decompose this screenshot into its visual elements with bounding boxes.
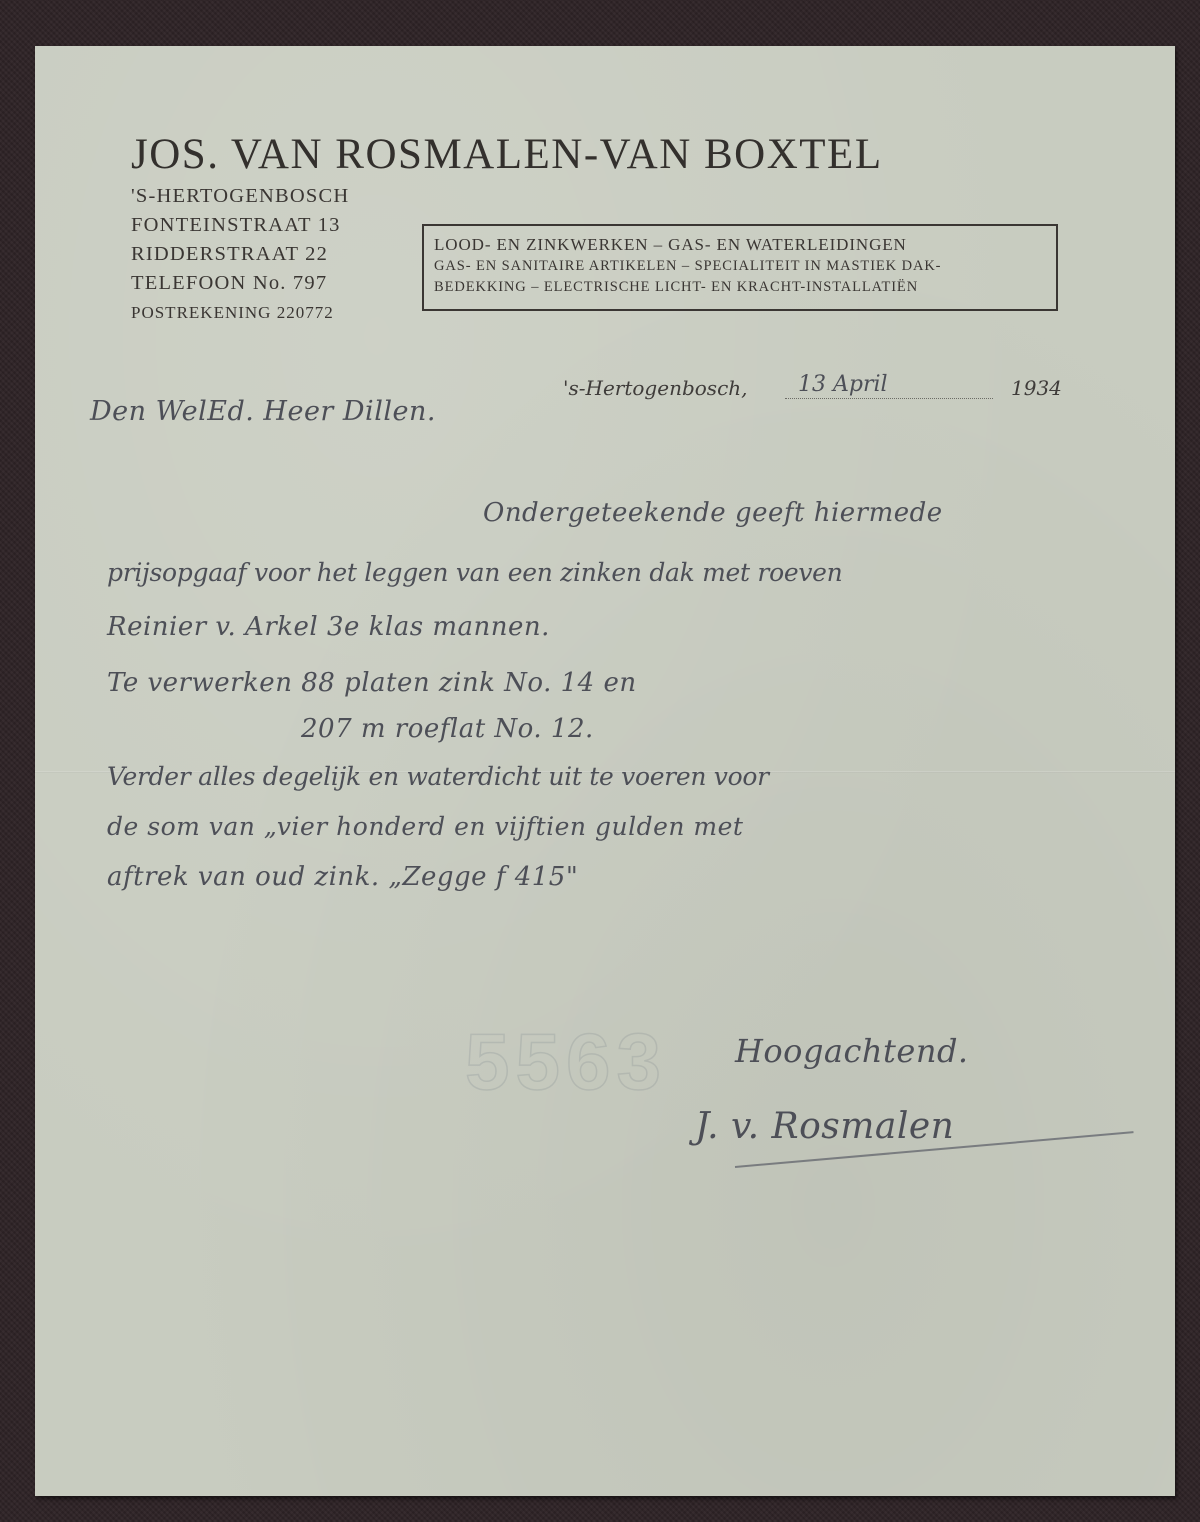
trade-line: GAS- EN SANITAIRE ARTIKELEN – SPECIALITE… — [434, 256, 1056, 277]
body-line: Reinier v. Arkel 3e klas mannen. — [107, 612, 550, 642]
address-line: POSTREKENING 220772 — [131, 298, 411, 327]
dateline: 's-Hertogenbosch, 13 April 1934 — [563, 372, 1093, 406]
body-line: Verder alles degelijk en waterdicht uit … — [107, 762, 769, 791]
body-line: Ondergeteekende geeft hiermede — [483, 498, 943, 528]
dateline-day-month: 13 April — [798, 372, 888, 397]
address-line: TELEFOON No. 797 — [131, 269, 411, 298]
trade-line: BEDEKKING – ELECTRISCHE LICHT- EN KRACHT… — [434, 277, 1056, 298]
letter-sheet: JOS. VAN ROSMALEN-VAN BOXTEL 'S-HERTOGEN… — [35, 46, 1175, 1496]
trade-line: LOOD- EN ZINKWERKEN – GAS- EN WATERLEIDI… — [434, 234, 1056, 256]
body-line: 207 m roeflat No. 12. — [301, 714, 594, 744]
body-line: Te verwerken 88 platen zink No. 14 en — [107, 668, 637, 698]
address-line: 'S-HERTOGENBOSCH — [131, 182, 411, 211]
dateline-place: 's-Hertogenbosch, — [563, 376, 748, 400]
salutation: Den WelEd. Heer Dillen. — [90, 396, 436, 427]
body-line: de som van „vier honderd en vijftien gul… — [107, 812, 743, 841]
closing: Hoogachtend. — [735, 1032, 969, 1070]
signature: J. v. Rosmalen — [695, 1106, 954, 1147]
company-address: 'S-HERTOGENBOSCH FONTEINSTRAAT 13 RIDDER… — [131, 182, 411, 327]
trade-services-box: LOOD- EN ZINKWERKEN – GAS- EN WATERLEIDI… — [422, 224, 1058, 311]
body-line: prijsopgaaf voor het leggen van een zink… — [107, 558, 842, 587]
address-line: RIDDERSTRAAT 22 — [131, 240, 411, 269]
company-name: JOS. VAN ROSMALEN-VAN BOXTEL — [131, 130, 883, 179]
faint-stamp-number: 5563 — [465, 1016, 667, 1108]
body-line: aftrek van oud zink. „Zegge f 415" — [107, 862, 578, 892]
dateline-year: 1934 — [1011, 376, 1062, 400]
address-line: FONTEINSTRAAT 13 — [131, 211, 411, 240]
dateline-dotted-rule — [785, 398, 993, 399]
